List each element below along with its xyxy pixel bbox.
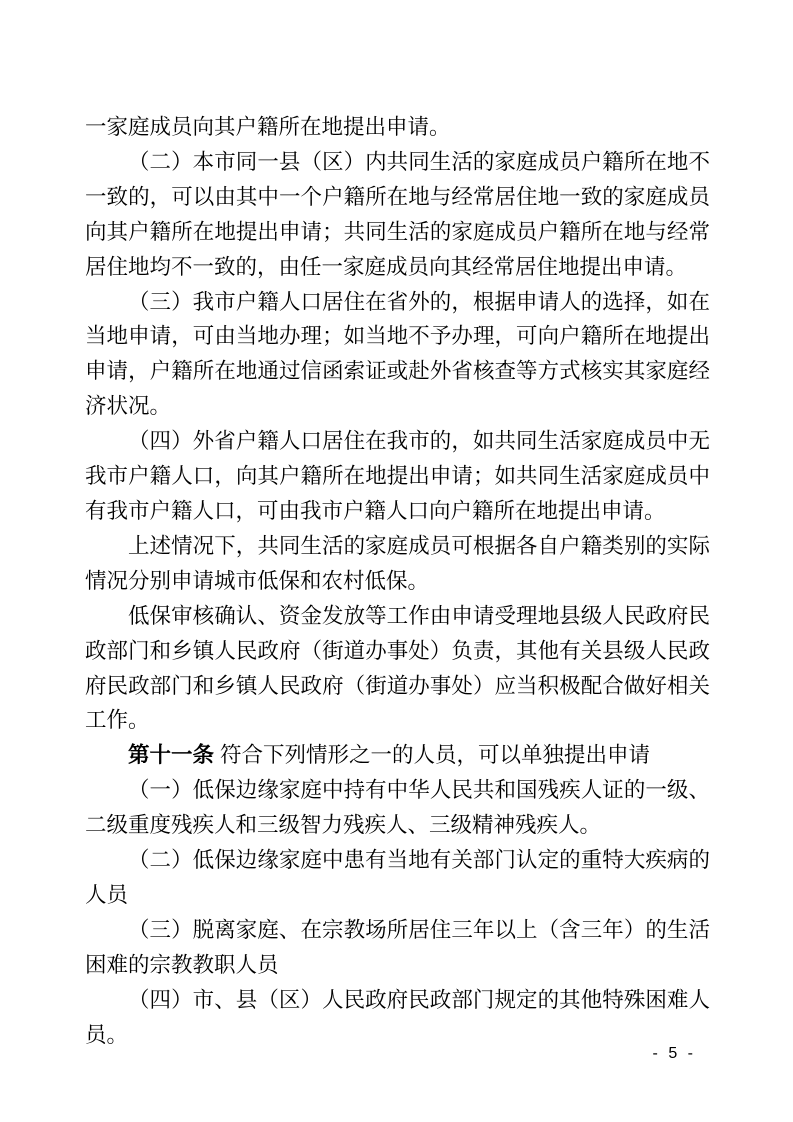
paragraph: （四）市、县（区）人民政府民政部门规定的其他特殊困难人员。 xyxy=(85,983,710,1053)
document-body: 一家庭成员向其户籍所在地提出申请。（二）本市同一县（区）内共同生活的家庭成员户籍… xyxy=(85,110,710,1052)
paragraph: （二）低保边缘家庭中患有当地有关部门认定的重特大疾病的人员 xyxy=(85,843,710,913)
paragraph: （一）低保边缘家庭中持有中华人民共和国残疾人证的一级、二级重度残疾人和三级智力残… xyxy=(85,773,710,843)
paragraph: （三）我市户籍人口居住在省外的，根据申请人的选择，如在当地申请，可由当地办理；如… xyxy=(85,285,710,425)
paragraph: 一家庭成员向其户籍所在地提出申请。 xyxy=(85,110,710,145)
paragraph: 第十一条 符合下列情形之一的人员，可以单独提出申请 xyxy=(85,738,710,773)
paragraph: （二）本市同一县（区）内共同生活的家庭成员户籍所在地不一致的，可以由其中一个户籍… xyxy=(85,145,710,285)
paragraph: 上述情况下，共同生活的家庭成员可根据各自户籍类别的实际情况分别申请城市低保和农村… xyxy=(85,529,710,599)
page-number: - 5 - xyxy=(653,1044,696,1064)
document-page: 一家庭成员向其户籍所在地提出申请。（二）本市同一县（区）内共同生活的家庭成员户籍… xyxy=(0,0,793,1122)
article-number: 第十一条 xyxy=(128,743,214,767)
paragraph: 低保审核确认、资金发放等工作由申请受理地县级人民政府民政部门和乡镇人民政府（街道… xyxy=(85,599,710,739)
paragraph: （三）脱离家庭、在宗教场所居住三年以上（含三年）的生活困难的宗教教职人员 xyxy=(85,913,710,983)
paragraph: （四）外省户籍人口居住在我市的，如共同生活家庭成员中无我市户籍人口，向其户籍所在… xyxy=(85,424,710,529)
